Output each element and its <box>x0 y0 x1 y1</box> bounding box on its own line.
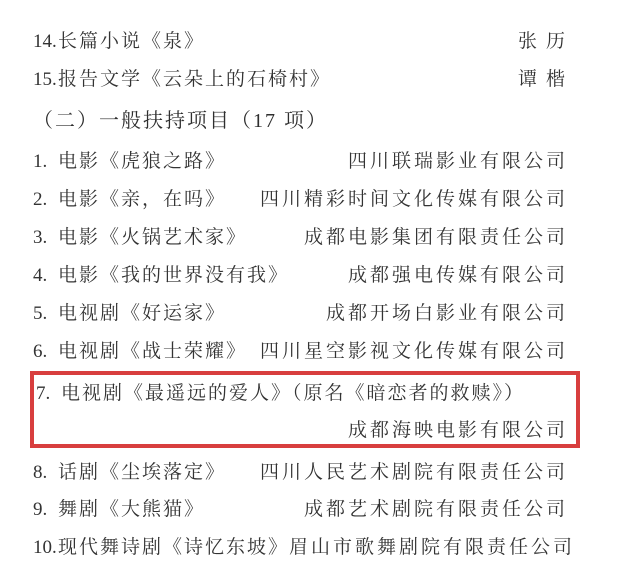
item-number: 5. <box>33 303 58 325</box>
list-item: 10.现代舞诗剧《诗忆东坡》 眉山市歌舞剧院有限责任公司 <box>0 537 635 559</box>
item-title-group: 7.电视剧《最遥远的爱人》（原名《暗恋者的救赎》） <box>36 383 525 405</box>
company-name: 四川人民艺术剧院有限责任公司 <box>260 462 568 484</box>
item-title: 电视剧《最遥远的爱人》（原名《暗恋者的救赎》） <box>61 383 525 404</box>
item-number: 14. <box>33 31 58 53</box>
item-number: 3. <box>33 227 58 249</box>
item-title: 现代舞诗剧《诗忆东坡》 <box>58 537 289 558</box>
list-item: 9.舞剧《大熊猫》 成都艺术剧院有限责任公司 <box>0 499 635 521</box>
list-item-highlighted: 7.电视剧《最遥远的爱人》（原名《暗恋者的救赎》） <box>34 383 565 405</box>
item-title: 电影《虎狼之路》 <box>58 151 226 172</box>
item-title: 电视剧《好运家》 <box>58 303 226 324</box>
author-name: 谭楷 <box>518 69 574 91</box>
item-title: 电影《亲，在吗》 <box>58 189 226 210</box>
document-page: 14.长篇小说《泉》 张历 15.报告文学《云朵上的石椅村》 谭楷 （二）一般扶… <box>0 0 635 571</box>
company-name: 四川精彩时间文化传媒有限公司 <box>260 189 568 211</box>
item-title-group: 2.电影《亲，在吗》 <box>33 189 226 211</box>
list-item: 5.电视剧《好运家》 成都开场白影业有限公司 <box>0 303 635 325</box>
item-number: 10. <box>33 537 58 559</box>
company-name: 四川联瑞影业有限公司 <box>348 151 568 173</box>
item-title: 电影《我的世界没有我》 <box>58 265 289 286</box>
item-title: 话剧《尘埃落定》 <box>58 462 226 483</box>
list-item-company-line: 成都海映电影有限公司 <box>34 420 565 442</box>
item-number: 6. <box>33 341 58 363</box>
item-number: 2. <box>33 189 58 211</box>
item-number: 4. <box>33 265 58 287</box>
list-item: 2.电影《亲，在吗》 四川精彩时间文化传媒有限公司 <box>0 189 635 211</box>
item-title: 舞剧《大熊猫》 <box>58 499 205 520</box>
item-title: 长篇小说《泉》 <box>58 31 205 52</box>
item-title-group: 14.长篇小说《泉》 <box>33 31 205 53</box>
list-item: 6.电视剧《战士荣耀》 四川星空影视文化传媒有限公司 <box>0 341 635 363</box>
item-number: 9. <box>33 499 58 521</box>
item-title-group: 5.电视剧《好运家》 <box>33 303 226 325</box>
item-title-group: 1.电影《虎狼之路》 <box>33 151 226 173</box>
item-title: 电视剧《战士荣耀》 <box>58 341 247 362</box>
list-item: 1.电影《虎狼之路》 四川联瑞影业有限公司 <box>0 151 635 173</box>
item-number: 1. <box>33 151 58 173</box>
company-name: 四川星空影视文化传媒有限公司 <box>260 341 568 363</box>
item-number: 15. <box>33 69 58 91</box>
item-number: 7. <box>36 383 61 405</box>
item-title-group: 3.电影《火锅艺术家》 <box>33 227 247 249</box>
item-title-group: 4.电影《我的世界没有我》 <box>33 265 289 287</box>
item-title: 报告文学《云朵上的石椅村》 <box>58 69 331 90</box>
company-name: 眉山市歌舞剧院有限责任公司 <box>289 537 575 559</box>
company-name: 成都艺术剧院有限责任公司 <box>304 499 568 521</box>
list-item: 15.报告文学《云朵上的石椅村》 谭楷 <box>0 69 635 91</box>
section-heading: （二）一般扶持项目（17 项） <box>0 109 635 133</box>
list-item: 3.电影《火锅艺术家》 成都电影集团有限责任公司 <box>0 227 635 249</box>
company-name: 成都电影集团有限责任公司 <box>304 227 568 249</box>
highlight-box: 7.电视剧《最遥远的爱人》（原名《暗恋者的救赎》） 成都海映电影有限公司 <box>30 371 580 448</box>
author-name: 张历 <box>518 31 574 53</box>
item-title: 电影《火锅艺术家》 <box>58 227 247 248</box>
item-title-group: 10.现代舞诗剧《诗忆东坡》 <box>33 537 289 559</box>
list-item: 4.电影《我的世界没有我》 成都强电传媒有限公司 <box>0 265 635 287</box>
item-title-group: 8.话剧《尘埃落定》 <box>33 462 226 484</box>
item-title-group: 15.报告文学《云朵上的石椅村》 <box>33 69 331 91</box>
company-name: 成都海映电影有限公司 <box>348 420 568 442</box>
list-item: 14.长篇小说《泉》 张历 <box>0 31 635 53</box>
list-item: 8.话剧《尘埃落定》 四川人民艺术剧院有限责任公司 <box>0 462 635 484</box>
company-name: 成都强电传媒有限公司 <box>348 265 568 287</box>
item-title-group: 6.电视剧《战士荣耀》 <box>33 341 247 363</box>
item-number: 8. <box>33 462 58 484</box>
item-title-group: 9.舞剧《大熊猫》 <box>33 499 205 521</box>
company-name: 成都开场白影业有限公司 <box>326 303 568 325</box>
